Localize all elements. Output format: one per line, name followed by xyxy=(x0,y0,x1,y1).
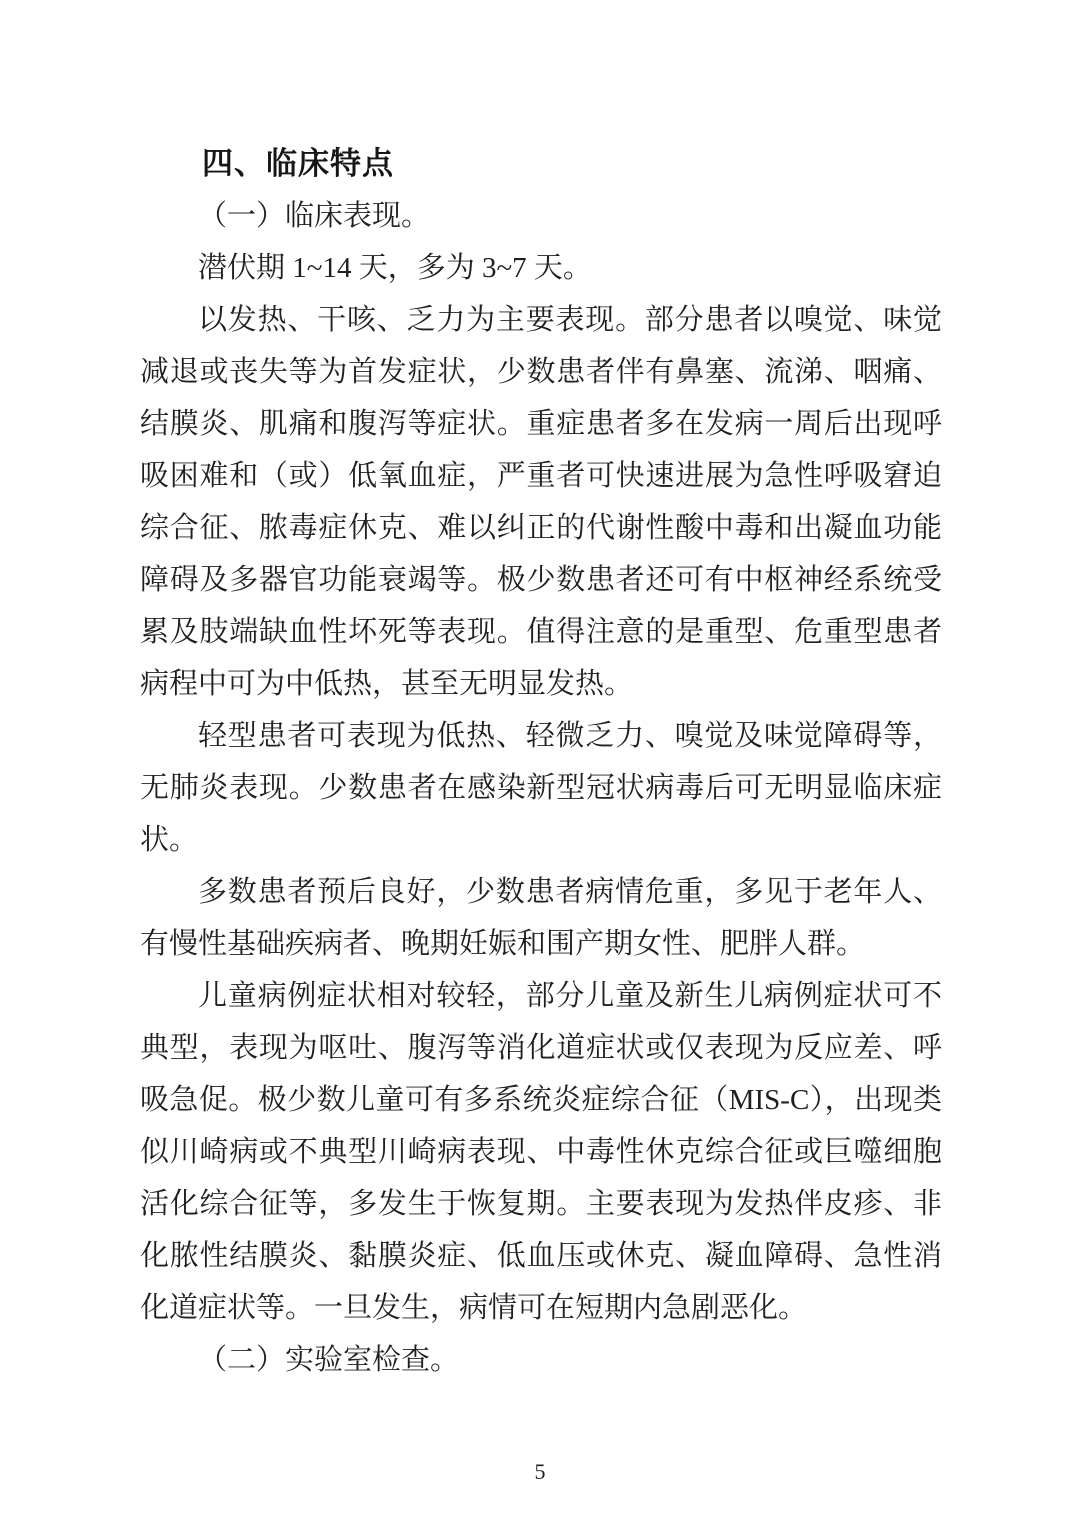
document-body: 四、临床特点 （一）临床表现。潜伏期 1~14 天，多为 3~7 天。以发热、干… xyxy=(140,138,942,1386)
paragraph: 儿童病例症状相对较轻，部分儿童及新生儿病例症状可不典型，表现为呕吐、腹泻等消化道… xyxy=(140,970,942,1334)
paragraph: 以发热、干咳、乏力为主要表现。部分患者以嗅觉、味觉减退或丧失等为首发症状，少数患… xyxy=(140,294,942,710)
paragraph: 多数患者预后良好，少数患者病情危重，多见于老年人、有慢性基础疾病者、晚期妊娠和围… xyxy=(140,866,942,970)
paragraph: 潜伏期 1~14 天，多为 3~7 天。 xyxy=(140,242,942,294)
paragraph-container: （一）临床表现。潜伏期 1~14 天，多为 3~7 天。以发热、干咳、乏力为主要… xyxy=(140,190,942,1386)
document-page: 四、临床特点 （一）临床表现。潜伏期 1~14 天，多为 3~7 天。以发热、干… xyxy=(0,0,1080,1527)
page-number: 5 xyxy=(0,1459,1080,1485)
paragraph: （二）实验室检查。 xyxy=(140,1334,942,1386)
paragraph: 轻型患者可表现为低热、轻微乏力、嗅觉及味觉障碍等，无肺炎表现。少数患者在感染新型… xyxy=(140,710,942,866)
section-heading: 四、临床特点 xyxy=(140,138,942,190)
paragraph: （一）临床表现。 xyxy=(140,190,942,242)
